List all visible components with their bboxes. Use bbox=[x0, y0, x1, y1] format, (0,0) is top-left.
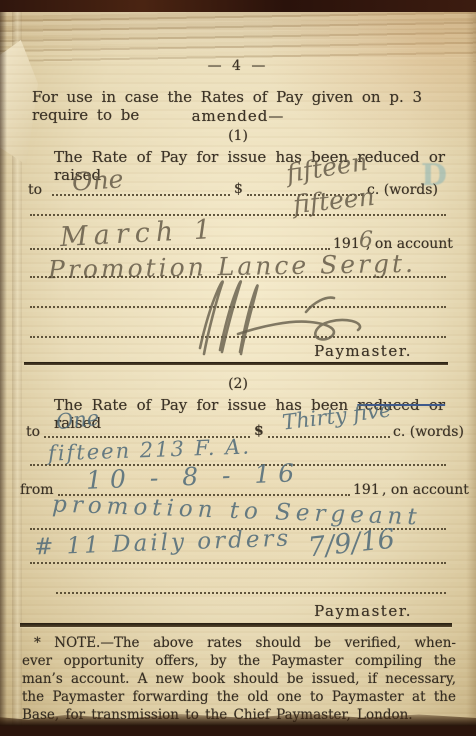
section-1-sentence: The Rate of Pay for issue has been reduc… bbox=[54, 148, 448, 184]
dotted-line bbox=[44, 436, 250, 438]
section-2-cents-label: c. (words) bbox=[393, 424, 464, 440]
dotted-line bbox=[247, 194, 363, 196]
section-2-dollar-sign: $ bbox=[254, 423, 264, 439]
section-2-year-prefix: 191 bbox=[353, 482, 380, 498]
section-2-sentence: The Rate of Pay for issue has been reduc… bbox=[54, 396, 448, 432]
paybook-page-scan: — 4 — For use in case the Rates of Pay g… bbox=[0, 0, 476, 736]
section-1-year-prefix: 191 bbox=[333, 236, 360, 252]
section-1-dollar-sign: $ bbox=[234, 181, 243, 197]
dotted-line bbox=[56, 592, 446, 594]
section-1-heading: (1) bbox=[0, 128, 476, 144]
dotted-line bbox=[30, 464, 446, 466]
sentence-suffix: raised bbox=[54, 414, 101, 432]
section-divider-rule bbox=[24, 362, 448, 365]
section-1-paymaster-label: Paymaster. bbox=[30, 342, 412, 360]
book-binding-edge bbox=[0, 0, 476, 12]
section-1-on-account-label: , on account bbox=[366, 236, 453, 252]
section-2-on-account-label: , on account bbox=[382, 482, 469, 498]
section-1-cents-label: c. (words) bbox=[367, 182, 438, 198]
note-line-3: man’s account. A new book should be issu… bbox=[22, 671, 456, 687]
note-line-2: ever opportunity offers, by the Paymaste… bbox=[22, 653, 456, 669]
section-1-to-label: to bbox=[28, 182, 42, 198]
section-2-to-label: to bbox=[26, 424, 40, 440]
note-line-1: * NOTE.—The above rates should be verifi… bbox=[22, 635, 456, 651]
dotted-line bbox=[58, 494, 350, 496]
paper-page: — 4 — For use in case the Rates of Pay g… bbox=[0, 10, 476, 726]
dotted-line bbox=[30, 214, 446, 216]
dotted-line bbox=[52, 194, 230, 196]
section-2-heading: (2) bbox=[0, 376, 476, 392]
page-left-edge-shadow bbox=[0, 10, 7, 726]
note-line-4: the Paymaster forwarding the old one to … bbox=[22, 689, 456, 705]
page-right-edge-shadow bbox=[466, 10, 476, 726]
struck-words: reduced or bbox=[357, 396, 445, 414]
dotted-line bbox=[268, 436, 390, 438]
section-2-from-label: from bbox=[20, 482, 54, 498]
intro-text-line2: amended— bbox=[0, 107, 476, 125]
dotted-line bbox=[30, 562, 446, 564]
dotted-line bbox=[30, 248, 330, 250]
page-number: — 4 — bbox=[0, 58, 476, 74]
note-divider-rule bbox=[20, 623, 452, 627]
dotted-line bbox=[30, 528, 446, 530]
section-2-paymaster-label: Paymaster. bbox=[30, 602, 412, 620]
sentence-prefix: The Rate of Pay for issue has been bbox=[54, 396, 357, 414]
